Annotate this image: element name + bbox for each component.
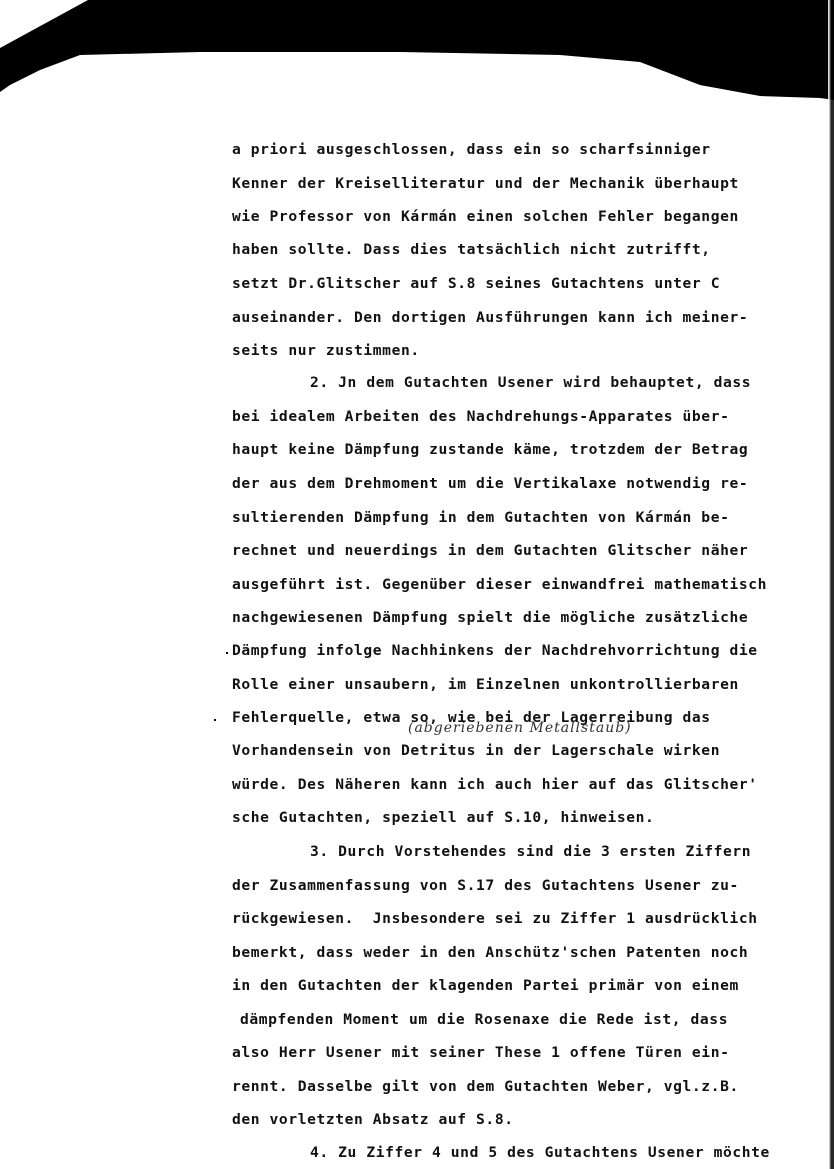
text-line: in den Gutachten der klagenden Partei pr… [232, 977, 739, 995]
text-line: den vorletzten Absatz auf S.8. [232, 1111, 514, 1129]
scan-speck [214, 719, 216, 721]
paragraph-4-start: 4. Zu Ziffer 4 und 5 des Gutachtens Usen… [310, 1144, 770, 1162]
text-line: bemerkt, dass weder in den Anschütz'sche… [232, 944, 748, 962]
text-line: der aus dem Drehmoment um die Vertikalax… [232, 475, 748, 493]
text-line: nachgewiesenen Dämpfung spielt die mögli… [232, 609, 748, 627]
text-line: dämpfenden Moment um die Rosenaxe die Re… [240, 1011, 728, 1029]
text-line: würde. Des Näheren kann ich auch hier au… [232, 776, 758, 794]
text-line: sche Gutachten, speziell auf S.10, hinwe… [232, 809, 654, 827]
text-line: rechnet und neuerdings in dem Gutachten … [232, 542, 748, 560]
text-line: rennt. Dasselbe gilt von dem Gutachten W… [232, 1078, 739, 1096]
text-line: Dämpfung infolge Nachhinkens der Nachdre… [232, 642, 758, 660]
handwritten-annotation: (abgeriebenen Metallstaub) [408, 720, 632, 736]
paragraph-3-start: 3. Durch Vorstehendes sind die 3 ersten … [310, 843, 751, 861]
text-line: auseinander. Den dortigen Ausführungen k… [232, 309, 748, 327]
text-line: a priori ausgeschlossen, dass ein so sch… [232, 141, 711, 159]
text-line: ausgeführt ist. Gegenüber dieser einwand… [232, 576, 767, 594]
paragraph-2-start: 2. Jn dem Gutachten Usener wird behaupte… [310, 374, 751, 392]
text-line: also Herr Usener mit seiner These 1 offe… [232, 1044, 729, 1062]
text-line: haben sollte. Dass dies tatsächlich nich… [232, 241, 711, 259]
text-line: der Zusammenfassung von S.17 des Gutacht… [232, 877, 739, 895]
text-line: Rolle einer unsaubern, im Einzelnen unko… [232, 676, 739, 694]
text-line: Kenner der Kreiselliteratur und der Mech… [232, 175, 739, 193]
text-line: haupt keine Dämpfung zustande käme, trot… [232, 441, 748, 459]
scan-speck [226, 652, 228, 654]
text-line: sultierenden Dämpfung in dem Gutachten v… [232, 509, 729, 527]
text-line: seits nur zustimmen. [232, 342, 420, 360]
text-line: bei idealem Arbeiten des Nachdrehungs-Ap… [232, 408, 729, 426]
text-line: wie Professor von Kármán einen solchen F… [232, 208, 739, 226]
document-page: a priori ausgeschlossen, dass ein so sch… [0, 0, 834, 1169]
text-line: rückgewiesen. Jnsbesondere sei zu Ziffer… [232, 910, 758, 928]
text-line: setzt Dr.Glitscher auf S.8 seines Gutach… [232, 275, 720, 293]
text-line: Vorhandensein von Detritus in der Lagers… [232, 742, 720, 760]
